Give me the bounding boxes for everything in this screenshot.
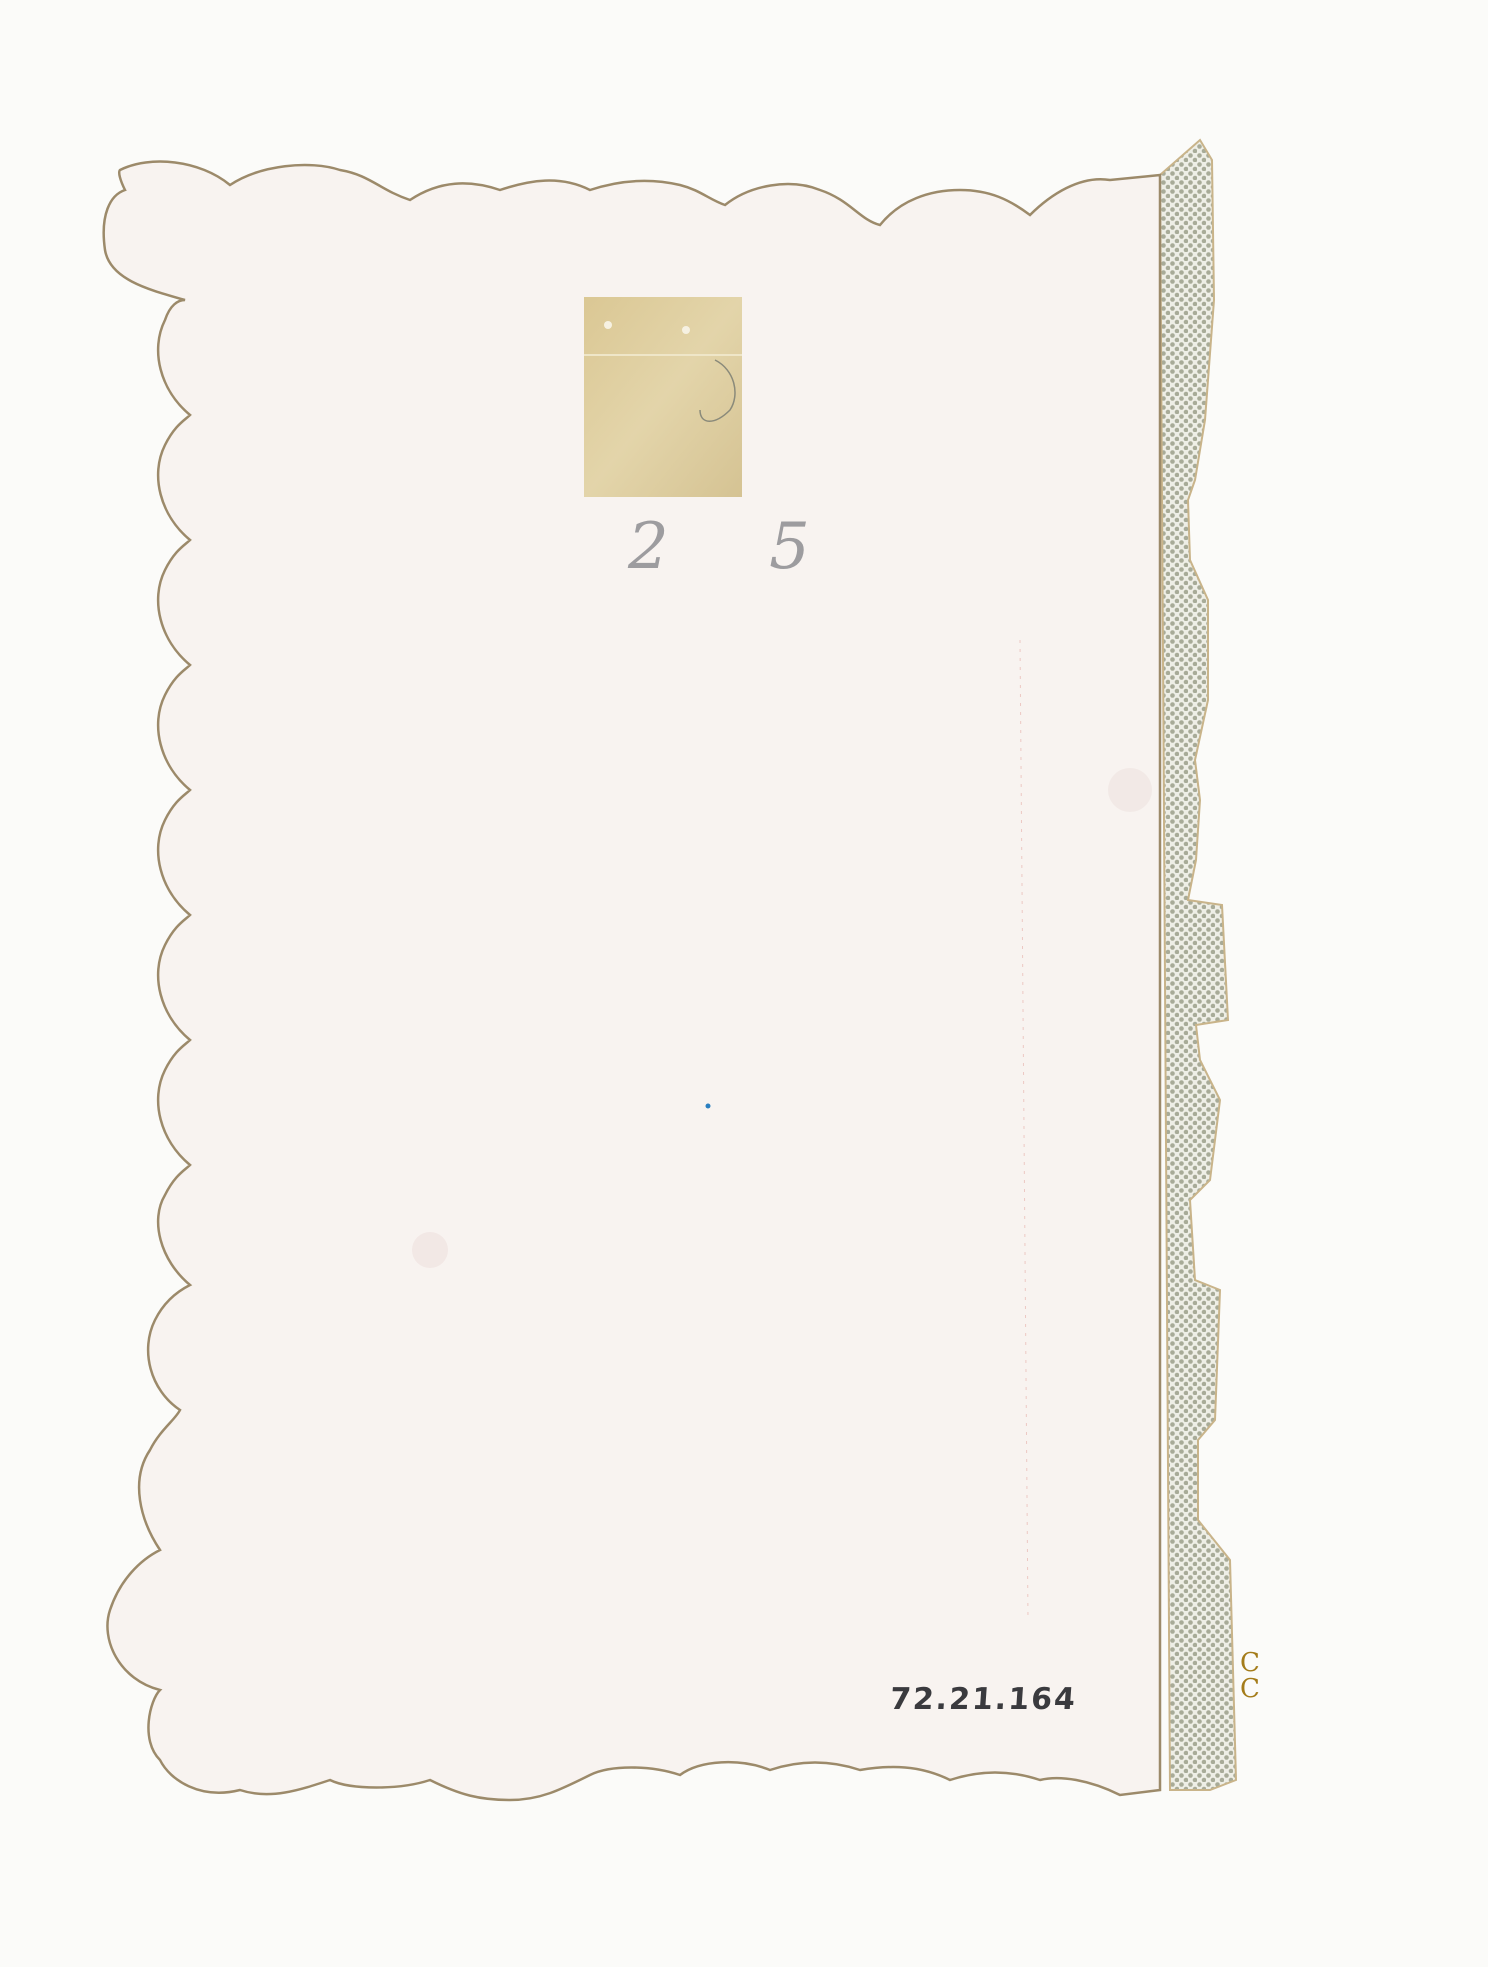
tape-hinge <box>584 297 742 497</box>
edge-print-letters: C C <box>1240 1650 1260 1702</box>
stain <box>1108 768 1152 812</box>
catalog-number: 72.21.164 <box>889 1682 1078 1717</box>
halftone-edge-strip <box>1160 140 1236 1790</box>
pencil-note: 2 5 <box>628 510 850 584</box>
stain <box>412 1232 448 1268</box>
scanned-card <box>0 0 1488 1967</box>
blue-speck <box>706 1104 711 1109</box>
